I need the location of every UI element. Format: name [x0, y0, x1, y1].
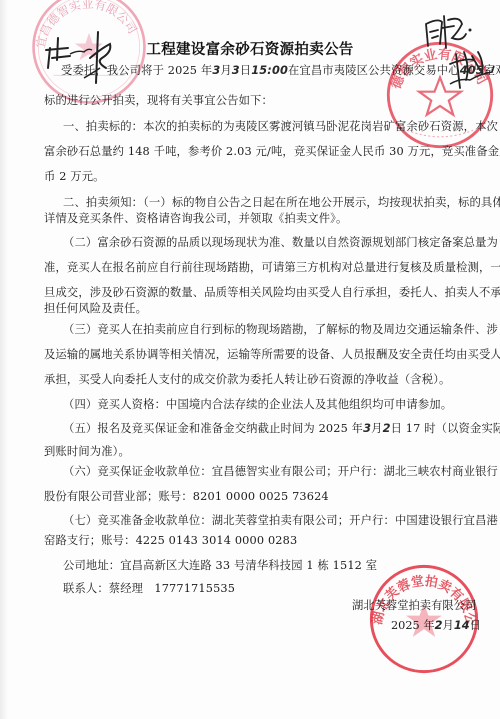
month-label: 月 [220, 64, 231, 77]
handwritten-issue-day: 14 [454, 619, 470, 632]
section2-item3-line-3: 承担，买受人向委托人支付的成交价款为委托人转让砂石资源的净收益（含税）。 [44, 373, 450, 387]
handwritten-deadline-month: 3 [363, 422, 371, 435]
issue-day-label: 日 [470, 619, 481, 632]
section1-line-2: 富余砂石总量约 148 千吨，参考价 2.03 元/吨，竞买保证金人民币 30 … [44, 145, 500, 159]
section2-item6-line-2: 股份有限公司营业部；账号：8201 0000 0025 73624 [44, 490, 329, 504]
page-title: 工程建设富余砂石资源拍卖公告 [0, 38, 500, 59]
section2-item2-line-4: 担任何风险及责任。 [44, 302, 147, 316]
handwritten-room: 405 [460, 64, 484, 77]
item5-prefix: （五）报名及竞买保证金和准备金交纳截止时间为 2025 年 [63, 422, 363, 435]
section2-item2-line-2: 准，竞买人在报名前应自行前往现场踏勘，可请第三方机构对总量进行复核及质量检测，一 [44, 261, 500, 275]
issue-date-year: 2025 年 [391, 619, 435, 632]
contact-phone: 17771715535 [154, 582, 235, 595]
section1-line-1: 一、拍卖标的：本次的拍卖标的为夷陵区雾渡河镇马卧泥花岗岩矿富余砂石资源，本次 [63, 120, 498, 134]
contact-person: 联系人：蔡经理 17771715535 [63, 582, 235, 596]
handwritten-issue-month: 2 [435, 619, 443, 632]
section2-item5-line-1: （五）报名及竞买保证金和准备金交纳截止时间为 2025 年3月2日 17 时（以… [63, 422, 500, 436]
section2-item3-line-1: （三）竞买人在拍卖前应自行到标的物现场踏勘，了解标的物及周边交通运输条件、涉 [63, 323, 498, 337]
svg-text:湖北芙蓉堂拍卖有限公司: 湖北芙蓉堂拍卖有限公司 [368, 563, 478, 627]
document-page: 宜昌德智实业有限公司 德智实业有限公司 [0, 0, 500, 719]
section1-line-3: 币 2 万元。 [44, 170, 105, 184]
venue-text: 在宜昌市夷陵区公共资源交易中心 [288, 64, 460, 77]
section2-item1-line-2: 详情及竞买条件、资格请咨询我公司，并领取《拍卖文件》。 [44, 212, 347, 226]
intro-line-1: 受委托，我公司将于 2025 年3月3日15:00在宜昌市夷陵区公共资源交易中心… [61, 64, 500, 78]
deadline-month-label: 月 [371, 422, 382, 435]
handwritten-time: 15:00 [251, 64, 288, 77]
section2-item2-line-3: 旦成交，涉及砂石资源的数量、品质等相关风险均由买受人自行承担，委托人、拍卖人不承 [44, 286, 500, 300]
scan-edge-shadow [0, 0, 8, 719]
handwritten-deadline-day: 2 [383, 422, 391, 435]
company-address: 公司地址：宜昌高新区大连路 33 号清华科技园 1 栋 1512 室 [63, 559, 377, 573]
section2-item3-line-2: 及运输的属地关系协调等相关情况，运输等所需要的设备、人员报酬及安全责任均由买受人 [44, 348, 500, 362]
section2-item2-line-1: （二）富余砂石资源的品质以现场现状为准、数量以自然资源规划部门核定备案总量为 [63, 236, 498, 250]
issue-date: 2025 年2月14日 [391, 619, 481, 633]
issue-month-label: 月 [443, 619, 454, 632]
intro-prefix: 受委托，我公司将于 2025 年 [61, 64, 212, 77]
section2-item5-line-2: 到账时间为准）。 [44, 445, 130, 459]
handwritten-day: 3 [232, 64, 240, 77]
section2-item4-line-1: （四）竞买人资格：中国境内合法存续的企业法人及其他组织均可申请参加。 [63, 398, 452, 412]
intro-suffix: 室对以下 [484, 64, 500, 77]
intro-line-2: 标的进行公开拍卖，现将有关事宜公告如下： [44, 94, 273, 108]
issuer-company-name: 湖北芙蓉堂拍卖有限公司 [352, 599, 476, 613]
contact-person-label: 联系人：蔡经理 [63, 582, 143, 595]
section2-item1-line-1: 二、拍卖须知：（一）标的物自公告之日起在所在地公开展示，均按现状拍卖，标的具体 [63, 196, 500, 210]
item5-suffix: 日 17 时（以资金实际 [391, 422, 500, 435]
section2-item7-line-2: 窑路支行；账号：4225 0143 3014 0000 0283 [44, 534, 297, 548]
section2-item7-line-1: （七）竞买准备金收款单位：湖北芙蓉堂拍卖有限公司；开户行：中国建设银行宜昌港 [63, 514, 498, 528]
section2-item6-line-1: （六）竞买保证金收款单位：宜昌德智实业有限公司；开户行：湖北三峡农村商业银行 [63, 465, 498, 479]
day-label: 日 [240, 64, 251, 77]
